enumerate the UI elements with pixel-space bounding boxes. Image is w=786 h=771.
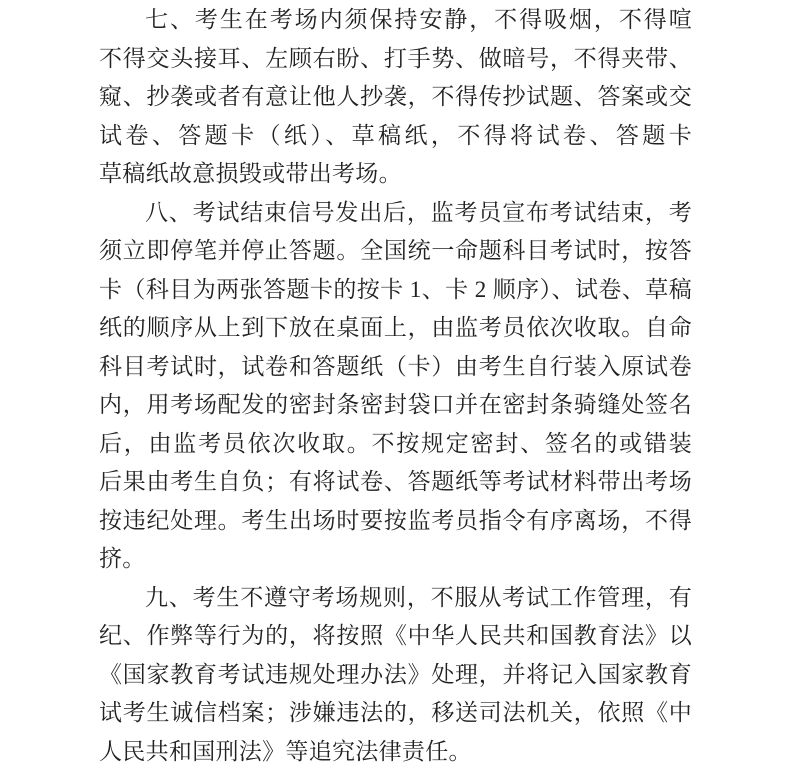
text-line: 后果由考生自负；有将试卷、答题纸等考试材料带出考场的， (99, 463, 692, 502)
text-line: 卡（科目为两张答题卡的按卡 1、卡 2 顺序）、试卷、草稿 (99, 271, 692, 310)
text-line: 《国家教育考试违规处理办法》处理，并将记入国家教育考 (99, 656, 692, 695)
text-line: 人民共和国刑法》等追究法律责任。 (99, 733, 692, 771)
text-block: 七、考生在考场内须保持安静，不得吸烟，不得喧哗，不得交头接耳、左顾右盼、打手势、… (99, 1, 692, 771)
text-line: 窥、抄袭或者有意让他人抄袭，不得传抄试题、答案或交换 (99, 78, 692, 117)
document-paragraph: 九、考生不遵守考场规则，不服从考试工作管理，有违纪、作弊等行为的，将按照《中华人… (99, 579, 692, 771)
document-paragraph: 八、考试结束信号发出后，监考员宣布考试结束，考生须立即停笔并停止答题。全国统一命… (99, 194, 692, 579)
document-paragraph: 七、考生在考场内须保持安静，不得吸烟，不得喧哗，不得交头接耳、左顾右盼、打手势、… (99, 1, 692, 194)
text-line: 草稿纸故意损毁或带出考场。 (99, 155, 692, 194)
text-line: 须立即停笔并停止答题。全国统一命题科目考试时，按答题 (99, 232, 692, 271)
text-line: 科目考试时，试卷和答题纸（卡）由考生自行装入原试卷袋 (99, 348, 692, 387)
document-page: 七、考生在考场内须保持安静，不得吸烟，不得喧哗，不得交头接耳、左顾右盼、打手势、… (0, 0, 786, 771)
text-line: 试考生诚信档案；涉嫌违法的，移送司法机关，依照《中华 (99, 694, 692, 733)
text-line: 按违纪处理。考生出场时要按监考员指令有序离场，不得拥 (99, 502, 692, 541)
text-line: 纸的顺序从上到下放在桌面上，由监考员依次收取。自命题 (99, 309, 692, 348)
text-line: 七、考生在考场内须保持安静，不得吸烟，不得喧哗， (99, 1, 692, 40)
text-line: 八、考试结束信号发出后，监考员宣布考试结束，考生 (99, 194, 692, 233)
text-line: 试卷、答题卡（纸）、草稿纸，不得将试卷、答题卡（纸）、 (99, 117, 692, 156)
text-line: 九、考生不遵守考场规则，不服从考试工作管理，有违 (99, 579, 692, 618)
text-line: 内，用考场配发的密封条密封袋口并在密封条骑缝处签名 (99, 386, 692, 425)
text-line: 挤。 (99, 540, 692, 579)
text-line: 纪、作弊等行为的，将按照《中华人民共和国教育法》以及 (99, 617, 692, 656)
text-line: 不得交头接耳、左顾右盼、打手势、做暗号，不得夹带、旁 (99, 40, 692, 79)
text-line: 后，由监考员依次收取。不按规定密封、签名的或错装的， (99, 425, 692, 464)
